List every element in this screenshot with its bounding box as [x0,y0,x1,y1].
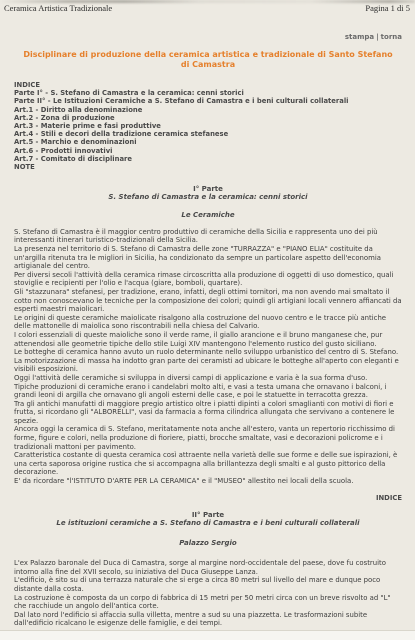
index-item-art-7[interactable]: Art.7 - Comitato di disciplinare [14,155,402,163]
document-title: Ceramica Artistica Tradizionale [4,3,112,13]
part-2-subheading: Palazzo Sergio [14,539,402,547]
paragraph: L'edificio, è sito su di una terrazza na… [14,576,402,593]
paragraph: Le origini di queste ceramiche maiolicat… [14,314,402,331]
print-link[interactable]: stampa [345,33,374,41]
scan-top-edge [0,0,415,3]
index-item-art-3[interactable]: Art.3 - Materie prime e fasi produttive [14,122,402,130]
part-1-heading: S. Stefano di Camastra e la ceramica: ce… [14,193,402,202]
part-1-kicker: I° Parte [14,185,402,193]
part-2-heading: Le istituzioni ceramiche a S. Stefano di… [14,519,402,528]
index-section: INDICE Parte I° - S. Stefano di Camastra… [14,81,402,171]
back-to-index-link[interactable]: INDICE [376,494,402,502]
document-page: { "header": { "doc_title": "Ceramica Art… [0,0,415,640]
paragraph: Caratteristica costante di questa cerami… [14,451,402,477]
part-2-body: L'ex Palazzo baronale del Duca di Camast… [14,559,402,628]
index-item-art-5[interactable]: Art.5 - Marchio e denominazioni [14,138,402,146]
toolbar-separator: | [376,33,379,41]
paragraph: Dal lato nord l'edificio si affaccia sul… [14,611,402,628]
index-item-parte-1[interactable]: Parte I° - S. Stefano di Camastra e la c… [14,89,402,97]
index-heading: INDICE [14,81,402,89]
index-item-parte-2[interactable]: Parte II° - Le Istituzioni Ceramiche a S… [14,97,402,105]
part-1-subheading: Le Ceramiche [14,211,402,219]
paragraph: Gli "stazzunara" stefanesi, per tradizio… [14,288,402,314]
index-item-art-1[interactable]: Art.1 - Diritto alla denominazione [14,106,402,114]
paragraph: I colori essenziali di queste maioliche … [14,331,402,348]
paragraph: E' da ricordare "l'ISTITUTO D'ARTE PER L… [14,477,402,486]
paragraph: S. Stefano di Camastra è il maggior cent… [14,228,402,245]
part-2-section: II° Parte Le istituzioni ceramiche a S. … [14,511,402,628]
part-1-section: I° Parte S. Stefano di Camastra e la cer… [14,185,402,485]
paragraph: Le botteghe di ceramica hanno avuto un r… [14,348,402,357]
paragraph: Tra gli antichi manufatti di maggiore pr… [14,400,402,426]
paragraph: Per diversi secoli l'attività della cera… [14,271,402,288]
page-content: stampa|torna Disciplinare di produzione … [0,33,415,628]
page-number: Pagina 1 di 5 [365,3,410,13]
index-item-art-2[interactable]: Art.2 - Zona di produzione [14,114,402,122]
part-2-kicker: II° Parte [14,511,402,519]
paragraph: Tipiche produzioni di ceramiche erano i … [14,383,402,400]
index-item-note[interactable]: NOTE [14,163,402,171]
index-item-art-6[interactable]: Art.6 - Prodotti innovativi [14,147,402,155]
paragraph: L'ex Palazzo baronale del Duca di Camast… [14,559,402,576]
index-back: INDICE [14,494,402,502]
part-1-body: S. Stefano di Camastra è il maggior cent… [14,228,402,486]
paragraph: La presenza nel territorio di S. Stefano… [14,245,402,271]
index-item-art-4[interactable]: Art.4 - Stili e decori della tradizione … [14,130,402,138]
paragraph: La motorizzazione di massa ha indotto gr… [14,357,402,374]
paragraph: La costruzione è composta da un corpo di… [14,594,402,611]
back-link[interactable]: torna [381,33,402,41]
toolbar: stampa|torna [14,33,402,41]
paragraph: Ancora oggi la ceramica di S. Stefano, m… [14,425,402,451]
scan-bottom-edge [0,630,415,640]
paragraph: Oggi l'attività delle ceramiche si svilu… [14,374,402,383]
page-title: Disciplinare di produzione della ceramic… [22,50,394,69]
